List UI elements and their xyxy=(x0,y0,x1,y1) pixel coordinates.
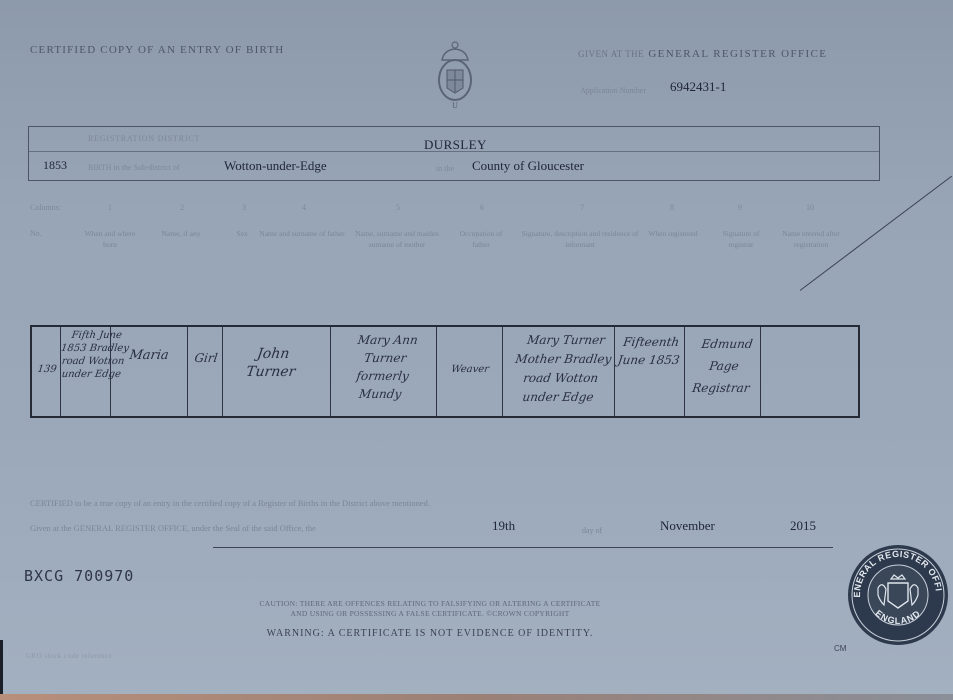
certification-year: 2015 xyxy=(790,518,816,534)
royal-crest-icon: U xyxy=(432,40,478,110)
column-number: 6 xyxy=(480,203,484,212)
column-number: 9 xyxy=(738,203,742,212)
column-number: 2 xyxy=(180,203,184,212)
registration-year: 1853 xyxy=(43,158,67,173)
entry-mother: Mary Ann Turner formerly Mundy xyxy=(339,331,429,403)
column-number: 3 xyxy=(242,203,246,212)
entry-father: John Turner xyxy=(239,345,304,381)
given-at-the-label: GIVEN AT THE xyxy=(578,49,644,59)
column-number: 5 xyxy=(396,203,400,212)
column-header: Occupation of father xyxy=(454,228,508,250)
column-header: Sex xyxy=(228,228,256,239)
identity-warning: WARNING: A CERTIFICATE IS NOT EVIDENCE O… xyxy=(150,628,710,639)
certification-day: 19th xyxy=(492,518,515,534)
in-the-label: in the xyxy=(436,164,454,173)
column-header: Name entered after registration xyxy=(776,228,846,250)
column-divider xyxy=(502,327,503,416)
gro-seal-icon: GENERAL REGISTER OFFICE ENGLAND xyxy=(846,543,950,647)
certification-month: November xyxy=(660,518,715,534)
entry-father-occupation: Weaver xyxy=(441,363,499,377)
application-number-label: Application Number xyxy=(580,86,646,95)
entry-sex: Girl xyxy=(189,351,223,365)
caution-notice: CAUTION: THERE ARE OFFENCES RELATING TO … xyxy=(150,599,710,619)
general-register-office-label: GENERAL REGISTER OFFICE xyxy=(648,48,827,60)
cm-mark: CM xyxy=(834,644,846,653)
application-number: 6942431-1 xyxy=(670,79,726,95)
entry-when-registered: Fifteenth June 1853 xyxy=(615,333,684,369)
day-of-label: day of xyxy=(582,526,602,535)
column-header: Signature, description and residence of … xyxy=(520,228,640,250)
caution-line-2: AND USING OR POSSESSING A FALSE CERTIFIC… xyxy=(150,609,710,619)
column-divider xyxy=(684,327,685,416)
paper-edge xyxy=(0,640,3,700)
certified-statement: CERTIFIED to be a true copy of an entry … xyxy=(30,498,430,508)
certificate-title: CERTIFIED COPY OF AN ENTRY OF BIRTH xyxy=(30,44,284,56)
column-number: 8 xyxy=(670,203,674,212)
county-value: County of Gloucester xyxy=(472,158,584,174)
table-surface-edge xyxy=(0,694,953,700)
birth-entry-row: 139 Fifth June 1853 Bradley road Wotton … xyxy=(30,325,860,418)
column-header: Name, if any xyxy=(150,228,212,239)
entry-name: Maria xyxy=(113,349,185,363)
registration-district-label: REGISTRATION DISTRICT xyxy=(88,134,200,143)
certificate-serial-number: BXCG 700970 xyxy=(24,567,134,585)
caution-line-1: CAUTION: THERE ARE OFFENCES RELATING TO … xyxy=(150,599,710,609)
registration-district-value: DURSLEY xyxy=(424,137,487,153)
column-divider xyxy=(330,327,331,416)
column-number: 4 xyxy=(302,203,306,212)
subdistrict-value: Wotton-under-Edge xyxy=(224,158,327,174)
entry-informant: Mary Turner Mother Bradley road Wotton u… xyxy=(505,331,620,407)
signature-line xyxy=(213,547,833,548)
column-number: 1 xyxy=(108,203,112,212)
columns-label: Columns: xyxy=(30,203,61,212)
column-header: Name and surname of father xyxy=(258,228,346,239)
no-label: No. xyxy=(30,229,42,238)
column-divider xyxy=(222,327,223,416)
svg-text:U: U xyxy=(452,101,458,110)
column-divider xyxy=(187,327,188,416)
issuing-office-title: GIVEN AT THE GENERAL REGISTER OFFICE xyxy=(578,48,827,60)
column-divider xyxy=(436,327,437,416)
stock-reference-text: GRO stock code reference xyxy=(26,652,112,660)
subdistrict-label: BIRTH in the Sub-district of xyxy=(88,163,180,172)
given-statement: Given at the GENERAL REGISTER OFFICE, un… xyxy=(30,523,316,533)
column-number: 7 xyxy=(580,203,584,212)
column-header: Signature of registrar xyxy=(710,228,772,250)
entry-registrar: Edmund Page Registrar xyxy=(683,333,764,399)
column-header: When and where born xyxy=(80,228,140,250)
column-number: 10 xyxy=(806,203,814,212)
column-header: When registered xyxy=(648,228,698,239)
column-header: Name, surname and maiden surname of moth… xyxy=(352,228,442,250)
